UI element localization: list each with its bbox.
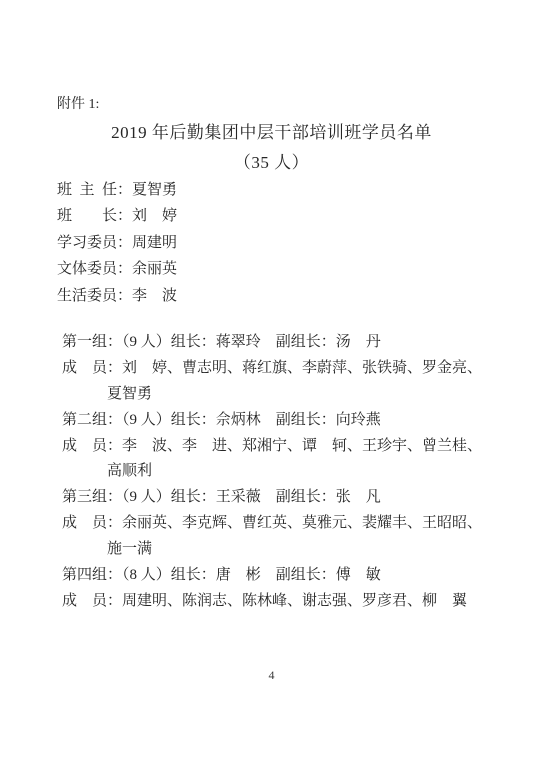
officer-colon: ： bbox=[117, 288, 132, 304]
officer-label: 学习委员 bbox=[57, 230, 117, 256]
officer-name: 李 波 bbox=[132, 288, 177, 304]
officer-row-life-committee: 生活委员：李 波 bbox=[57, 283, 177, 309]
officer-label: 生活委员 bbox=[57, 283, 117, 309]
officer-colon: ： bbox=[117, 208, 132, 224]
group-3-header: 第三组：（9 人）组长：王采薇 副组长：张 凡 bbox=[62, 485, 502, 511]
people-count: （35 人） bbox=[0, 152, 543, 174]
officer-label: 班主任 bbox=[57, 177, 117, 203]
officer-name: 周建明 bbox=[132, 235, 177, 251]
officer-row-study-committee: 学习委员：周建明 bbox=[57, 230, 177, 256]
officer-label: 文体委员 bbox=[57, 256, 117, 282]
group-2-header: 第二组：（9 人）组长：佘炳林 副组长：向玲燕 bbox=[62, 408, 502, 434]
officers-list: 班主任：夏智勇 班长：刘 婷 学习委员：周建明 文体委员：余丽英 生活委员：李 … bbox=[57, 177, 177, 309]
document-title: 2019 年后勤集团中层干部培训班学员名单 bbox=[0, 122, 543, 144]
group-2-members-continuation: 高顺利 bbox=[62, 459, 502, 485]
group-4-members-line: 成 员：周建明、陈润志、陈林峰、谢志强、罗彦君、柳 翼 bbox=[62, 589, 502, 615]
officer-name: 夏智勇 bbox=[132, 182, 177, 198]
officer-name: 刘 婷 bbox=[132, 208, 177, 224]
groups-list: 第一组：（9 人）组长：蒋翠玲 副组长：汤 丹 成 员：刘 婷、曹志明、蒋红旗、… bbox=[62, 330, 502, 615]
officer-label: 班长 bbox=[57, 203, 117, 229]
officer-name: 余丽英 bbox=[132, 261, 177, 277]
group-3-members-line: 成 员：余丽英、李克辉、曹红英、莫雅元、裴耀丰、王昭昭、 bbox=[62, 511, 502, 537]
document-page: 附件 1: 2019 年后勤集团中层干部培训班学员名单 （35 人） 班主任：夏… bbox=[0, 0, 543, 768]
group-2-members-line: 成 员：李 波、李 进、郑湘宁、谭 轲、王珍宇、曾兰桂、 bbox=[62, 434, 502, 460]
group-3-members-continuation: 施一满 bbox=[62, 537, 502, 563]
group-1-header: 第一组：（9 人）组长：蒋翠玲 副组长：汤 丹 bbox=[62, 330, 502, 356]
officer-row-class-monitor: 班长：刘 婷 bbox=[57, 203, 177, 229]
group-1-members-line: 成 员：刘 婷、曹志明、蒋红旗、李蔚萍、张铁骑、罗金亮、 bbox=[62, 356, 502, 382]
attachment-label: 附件 1: bbox=[57, 97, 99, 113]
officer-colon: ： bbox=[117, 261, 132, 277]
group-1-members-continuation: 夏智勇 bbox=[62, 382, 502, 408]
officer-row-class-director: 班主任：夏智勇 bbox=[57, 177, 177, 203]
group-4-header: 第四组：（8 人）组长：唐 彬 副组长：傅 敏 bbox=[62, 563, 502, 589]
officer-row-culture-sports-committee: 文体委员：余丽英 bbox=[57, 256, 177, 282]
page-number: 4 bbox=[0, 668, 543, 683]
officer-colon: ： bbox=[117, 235, 132, 251]
officer-colon: ： bbox=[117, 182, 132, 198]
